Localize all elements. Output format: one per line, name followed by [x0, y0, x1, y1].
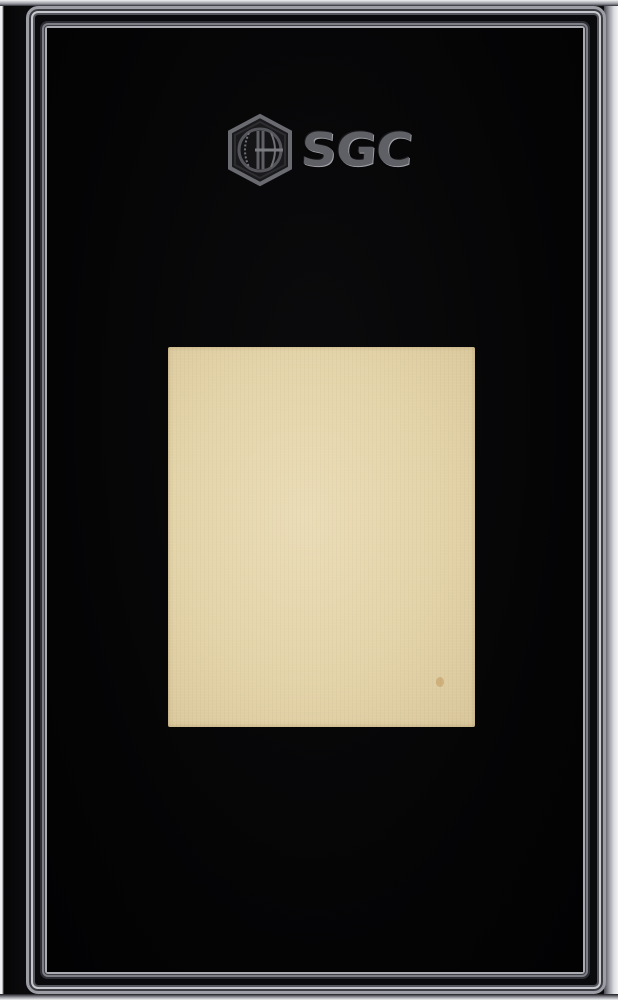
- slab-right-edge: [604, 0, 618, 1000]
- baseball-hexagon-icon: [225, 113, 295, 187]
- slab-left-edge: [0, 0, 26, 1000]
- card-stain: [436, 677, 444, 687]
- sgc-logo: SGC: [225, 113, 425, 187]
- slab-bottom-edge: [0, 994, 618, 1000]
- brand-wordmark: SGC: [299, 127, 413, 173]
- card-back: [168, 347, 475, 727]
- grading-slab: SGC: [0, 0, 618, 1000]
